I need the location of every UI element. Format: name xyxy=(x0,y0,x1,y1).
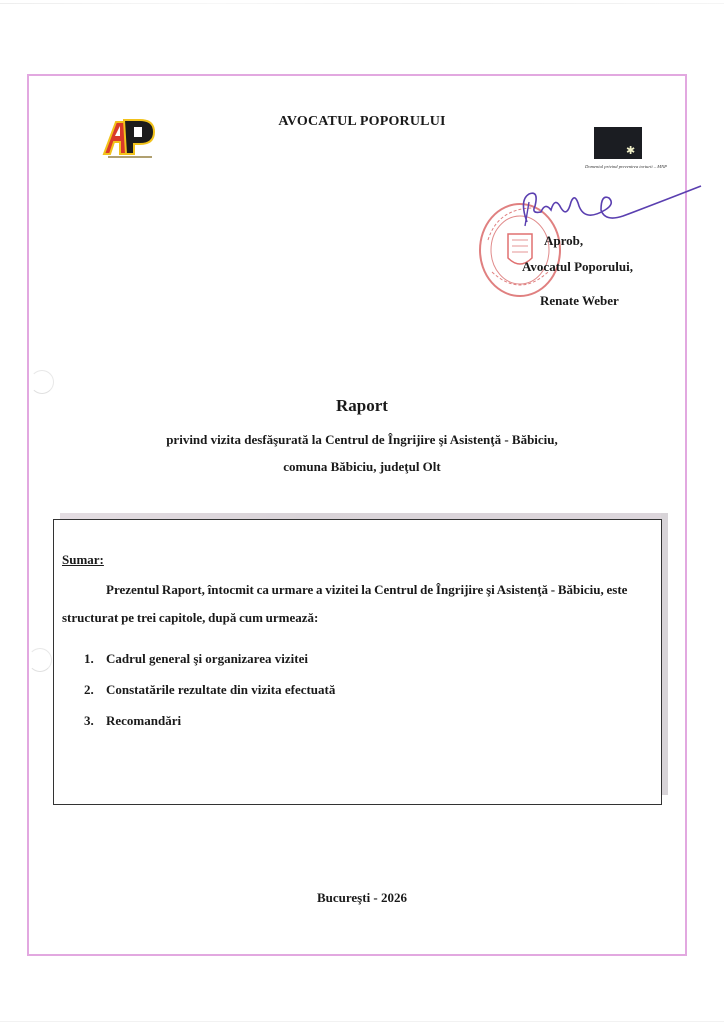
chapter-number: 3. xyxy=(84,713,106,744)
chapter-label: Constatările rezultate din vizita efectu… xyxy=(106,682,335,713)
summary-heading: Sumar: xyxy=(62,552,104,568)
report-subtitle-line-2: comuna Băbiciu, judeţul Olt xyxy=(0,453,724,480)
binder-hole-mark xyxy=(30,370,54,394)
chapter-item: 3. Recomandări xyxy=(84,713,335,744)
approval-label: Aprob, xyxy=(522,228,662,254)
chapter-label: Recomandări xyxy=(106,713,181,744)
approval-block: Aprob, Avocatul Poporului, Renate Weber xyxy=(522,228,662,314)
approval-title: Avocatul Poporului, xyxy=(522,254,662,280)
chapter-label: Cadrul general şi organizarea vizitei xyxy=(106,651,308,682)
chapter-number: 2. xyxy=(84,682,106,713)
mnp-logo-icon: ✱ xyxy=(594,127,642,159)
chapter-item: 1. Cadrul general şi organizarea vizitei xyxy=(84,651,335,682)
chapter-list: 1. Cadrul general şi organizarea vizitei… xyxy=(84,651,335,744)
summary-paragraph: Prezentul Raport, întocmit ca urmare a v… xyxy=(62,576,662,632)
place-and-year: Bucureşti - 2026 xyxy=(0,890,724,906)
scan-edge-bottom xyxy=(0,1021,724,1022)
scan-edge-top xyxy=(0,3,724,4)
star-icon: ✱ xyxy=(626,146,635,157)
report-title: Raport xyxy=(0,396,724,416)
binder-hole-mark xyxy=(28,648,52,672)
chapter-item: 2. Constatările rezultate din vizita efe… xyxy=(84,682,335,713)
report-subtitle: privind vizita desfăşurată la Centrul de… xyxy=(0,426,724,480)
report-subtitle-line-1: privind vizita desfăşurată la Centrul de… xyxy=(0,426,724,453)
chapter-number: 1. xyxy=(84,651,106,682)
summary-box-shadow-right xyxy=(661,513,668,795)
approver-name: Renate Weber xyxy=(522,288,662,314)
mnp-logo-caption: Domeniul privind prevenirea torturii – M… xyxy=(576,164,676,170)
